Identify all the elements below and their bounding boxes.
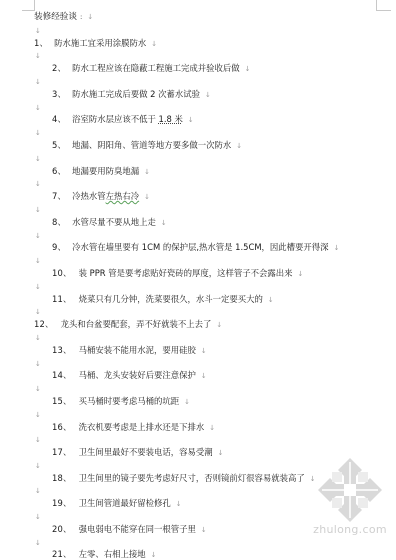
paragraph-mark-icon: ↓ (161, 219, 167, 227)
list-item-text: 烧菜只有几分钟，洗菜要很久，水斗一定要买大的 (79, 294, 263, 304)
list-item-text: 防水施工宜采用涂膜防水 (54, 38, 146, 48)
list-item-number: 14、 (52, 369, 72, 382)
watermark-text: zhulong.com (310, 523, 390, 536)
list-item: 4、浴室防水层应该不低于 1.8 米↓ (34, 113, 374, 126)
paragraph-mark-icon: ↓ (188, 116, 194, 124)
list-item: 3、防水施工完成后要做 2 次蓄水试验↓ (34, 88, 374, 101)
list-item-number: 2、 (52, 62, 66, 75)
empty-paragraph: ↓ (34, 280, 374, 293)
paragraph-mark-icon: ↓ (35, 385, 41, 393)
list-item-number: 8、 (52, 216, 66, 229)
list-item: 6、地漏要用防臭地漏↓ (34, 165, 374, 178)
list-item-number: 9、 (52, 241, 66, 254)
list-item-text: 马桶安装不能用水泥，要用硅胶 (79, 345, 196, 355)
paragraph-mark-icon: ↓ (35, 155, 41, 163)
list-item-text: 冷水管在墙里要有 1CM 的保护层,热水管是 1.5CM，因此槽要开得深 (72, 242, 328, 252)
list-item-number: 15、 (52, 395, 72, 408)
empty-paragraph: ↓ (34, 203, 374, 216)
list-item: 8、水管尽量不要从地上走↓ (34, 216, 374, 229)
paragraph-mark-icon: ↓ (35, 334, 41, 342)
paragraph-mark-icon: ↓ (298, 270, 304, 278)
list-item: 9、冷水管在墙里要有 1CM 的保护层,热水管是 1.5CM，因此槽要开得深↓ (34, 241, 374, 254)
list-item-text: 龙头和台盆要配套，弄不好就装不上去了 (61, 319, 212, 329)
paragraph-mark-icon: ↓ (35, 539, 41, 547)
zhulong-watermark: zhulong.com (310, 458, 390, 558)
paragraph-mark-icon: ↓ (201, 526, 207, 534)
list-item-number: 6、 (52, 165, 66, 178)
list-item: 17、卫生间里最好不要装电话，容易受潮↓ (34, 446, 374, 459)
zhulong-logo-icon (318, 458, 382, 522)
list-item-text: 洗衣机要考虑是上排水还是下排水 (79, 422, 205, 432)
paragraph-mark-icon: ↓ (205, 91, 211, 99)
list-item-number: 11、 (52, 293, 72, 306)
list-item: 14、马桶、龙头安装好后要注意保护↓ (34, 369, 374, 382)
list-item-number: 3、 (52, 88, 66, 101)
empty-paragraph: ↓ (34, 408, 374, 421)
paragraph-mark-icon: ↓ (184, 398, 190, 406)
empty-paragraph: ↓ (34, 229, 374, 242)
paragraph-mark-icon: ↓ (35, 411, 41, 419)
page-corner-mark-top-right (376, 0, 391, 11)
paragraph-mark-icon: ↓ (151, 551, 157, 559)
list-item-number: 21、 (52, 548, 72, 560)
list-item-text: 卫生间管道最好留检修孔 (79, 498, 171, 508)
list-item: 11、烧菜只有几分钟，洗菜要很久，水斗一定要买大的↓ (34, 293, 374, 306)
empty-paragraph: ↓ (34, 152, 374, 165)
grammar-check-underlined-text[interactable]: 左热右冷 (106, 191, 140, 201)
paragraph-mark-icon: ↓ (218, 449, 224, 457)
list-item-number: 18、 (52, 472, 72, 485)
list-item-number: 1、 (34, 37, 48, 50)
paragraph-mark-icon: ↓ (144, 193, 150, 201)
paragraph-mark-icon: ↓ (35, 180, 41, 188)
empty-paragraph: ↓ (34, 126, 374, 139)
list-item: 10、装 PPR 管是要考虑贴好瓷砖的厚度，这样管子不会露出来↓ (34, 267, 374, 280)
list-item-text: 卫生间里最好不要装电话，容易受潮 (79, 447, 213, 457)
document-title: 装修经验谈:↓ (34, 11, 374, 24)
list-item: 2、防水工程应该在隐蔽工程施工完成并验收后做↓ (34, 62, 374, 75)
list-item-text: 强电弱电不能穿在同一根管子里 (79, 524, 196, 534)
list-item: 12、龙头和台盆要配套，弄不好就装不上去了↓ (34, 318, 374, 331)
list-item-text: 马桶、龙头安装好后要注意保护 (79, 370, 196, 380)
paragraph-mark-icon: ↓ (334, 244, 340, 252)
title-text: 装修经验谈 (34, 12, 77, 22)
paragraph-mark-icon: ↓ (176, 500, 182, 508)
list-item-text-underlined: 1.8 米 (159, 114, 183, 124)
list-item-text: 防水施工完成后要做 2 次蓄水试验 (72, 89, 200, 99)
list-item-number: 20、 (52, 523, 72, 536)
page-corner-mark-top-left (22, 0, 35, 11)
paragraph-mark-icon: ↓ (35, 487, 41, 495)
paragraph-mark-icon: ↓ (35, 232, 41, 240)
list-item-text: 地漏要用防臭地漏 (72, 166, 139, 176)
empty-paragraph: ↓ (34, 75, 374, 88)
list-item-text: 装 PPR 管是要考虑贴好瓷砖的厚度，这样管子不会露出来 (79, 268, 293, 278)
empty-paragraph: ↓ (34, 49, 374, 62)
list-item-number: 19、 (52, 497, 72, 510)
paragraph-mark-icon: ↓ (144, 168, 150, 176)
paragraph-mark-icon: ↓ (216, 321, 222, 329)
list-item: 15、买马桶时要考虑马桶的坑距↓ (34, 395, 374, 408)
paragraph-mark-icon: ↓ (35, 308, 41, 316)
list-item-number: 13、 (52, 344, 72, 357)
list-item-number: 4、 (52, 113, 66, 126)
empty-paragraph: ↓ (34, 331, 374, 344)
list-item-number: 16、 (52, 421, 72, 434)
paragraph-mark-icon: ↓ (35, 257, 41, 265)
list-item: 7、冷热水管左热右冷↓ (34, 190, 374, 203)
paragraph-mark-icon: ↓ (35, 104, 41, 112)
list-item-number: 17、 (52, 446, 72, 459)
list-item-text: 防水工程应该在隐蔽工程施工完成并验收后做 (72, 63, 240, 73)
list-item-text: 浴室防水层应该不低于 (72, 114, 158, 124)
document-page: 装修经验谈:↓ ↓ 1、防水施工宜采用涂膜防水↓ ↓ 2、防水工程应该在隐蔽工程… (0, 0, 396, 560)
list-item-text: 卫生间里的镜子要先考虑好尺寸，否则镜前灯很容易就装高了 (79, 473, 305, 483)
title-separator: : (80, 13, 82, 21)
paragraph-mark-icon: ↓ (245, 65, 251, 73)
list-item: 5、地漏、阴阳角、管道等地方要多做一次防水↓ (34, 139, 374, 152)
paragraph-mark-icon: ↓ (201, 347, 207, 355)
empty-paragraph: ↓ (34, 305, 374, 318)
paragraph-mark-icon: ↓ (268, 296, 274, 304)
paragraph-mark-icon: ↓ (201, 372, 207, 380)
paragraph-mark-icon: ↓ (209, 424, 215, 432)
paragraph-mark-icon: ↓ (236, 142, 242, 150)
paragraph-mark-icon: ↓ (35, 27, 41, 35)
paragraph-mark-icon: ↓ (35, 129, 41, 137)
list-item-number: 5、 (52, 139, 66, 152)
list-item-text: 左零、右相上接地 (79, 549, 146, 559)
list-item-text: 地漏、阴阳角、管道等地方要多做一次防水 (72, 140, 231, 150)
list-item: 13、马桶安装不能用水泥，要用硅胶↓ (34, 344, 374, 357)
list-item-text: 水管尽量不要从地上走 (72, 217, 156, 227)
list-item: 1、防水施工宜采用涂膜防水↓ (34, 37, 374, 50)
empty-paragraph: ↓ (34, 177, 374, 190)
list-item-text: 冷热水管 (72, 191, 106, 201)
empty-paragraph: ↓ (34, 357, 374, 370)
paragraph-mark-icon: ↓ (35, 436, 41, 444)
empty-paragraph: ↓ (34, 101, 374, 114)
empty-paragraph: ↓ (34, 24, 374, 37)
list-item-number: 12、 (34, 318, 54, 331)
paragraph-mark-icon: ↓ (35, 206, 41, 214)
paragraph-mark-icon: ↓ (151, 40, 157, 48)
empty-paragraph: ↓ (34, 433, 374, 446)
empty-paragraph: ↓ (34, 254, 374, 267)
list-item: 16、洗衣机要考虑是上排水还是下排水↓ (34, 421, 374, 434)
paragraph-mark-icon: ↓ (35, 283, 41, 291)
paragraph-mark-icon: ↓ (35, 360, 41, 368)
list-item-text: 买马桶时要考虑马桶的坑距 (79, 396, 180, 406)
paragraph-mark-icon: ↓ (35, 462, 41, 470)
list-item-number: 10、 (52, 267, 72, 280)
paragraph-mark-icon: ↓ (35, 78, 41, 86)
paragraph-mark-icon: ↓ (35, 52, 41, 60)
list-item-number: 7、 (52, 190, 66, 203)
empty-paragraph: ↓ (34, 382, 374, 395)
paragraph-mark-icon: ↓ (87, 13, 93, 21)
paragraph-mark-icon: ↓ (35, 513, 41, 521)
